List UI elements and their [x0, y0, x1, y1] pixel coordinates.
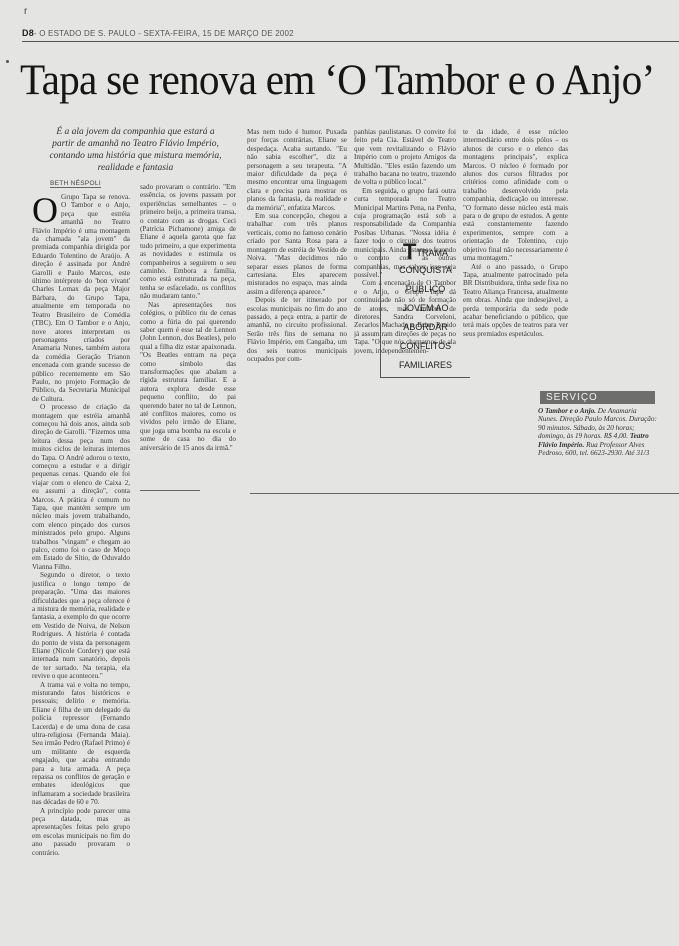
paragraph: te da idade, é esse núcleo intermediário… [463, 128, 568, 263]
drop-cap: O [32, 195, 58, 225]
paragraph: A princípio pode parecer uma peça datada… [32, 807, 130, 857]
article-column-1: OGrupo Tapa se renova. O Tambor e o Anjo… [32, 193, 130, 946]
page-number: D8 [22, 28, 34, 38]
paragraph: A trama vai e volta no tempo, misturando… [32, 681, 130, 807]
paragraph: Nas apresentações nos colégios, o públic… [140, 301, 236, 452]
pull-quote-line: FAMILIARES [381, 356, 470, 375]
deck-subtitle: É a ala jovem da companhia que estará a … [48, 126, 223, 174]
headline: Tapa se renova em ‘O Tambor e o Anjo’ [20, 56, 654, 106]
paragraph: O processo de criação da montagem que es… [32, 403, 130, 571]
paragraph: Mas nem tudo é humor. Puxada por forças … [247, 128, 347, 212]
scan-speck [6, 60, 9, 63]
service-title: O Tambor e o Anjo. [538, 407, 596, 415]
paragraph: Segundo o diretor, o texto justifica o l… [32, 571, 130, 680]
paragraph: OGrupo Tapa se renova. O Tambor e o Anjo… [32, 193, 130, 403]
service-header: SERVIÇO [540, 391, 655, 404]
article-column-2: sado provaram o contrário. "Em essência,… [140, 183, 236, 453]
paragraph: panhias paulistanas. O convite foi feito… [354, 128, 456, 187]
page-folio: D8- O ESTADO DE S. PAULO - SEXTA-FEIRA, … [22, 28, 679, 42]
pull-quote-line: PÚBLICO [381, 280, 470, 299]
folio-text: - O ESTADO DE S. PAULO - SEXTA-FEIRA, 15… [34, 29, 294, 38]
paragraph: Em sua concepção, chegou a trabalhar com… [247, 212, 347, 296]
crop-mark: r [24, 6, 27, 17]
bottom-rule [250, 493, 679, 494]
pull-quote-line: JOVEM AO [381, 299, 470, 318]
pull-quote-line: CONQUISTA [381, 261, 470, 280]
pull-quote-line: TTRAMA [381, 242, 470, 261]
byline: BETH NÉSPOLI [50, 180, 101, 188]
pull-quote-line: CONFLITOS [381, 337, 470, 356]
paragraph: Até o ano passado, o Grupo Tapa, atualme… [463, 263, 568, 339]
column-end-rule [140, 490, 200, 491]
newspaper-page: r D8- O ESTADO DE S. PAULO - SEXTA-FEIRA… [0, 0, 679, 946]
service-info: O Tambor e o Anjo. De Anamaria Nunes. Di… [538, 407, 658, 457]
paragraph: sado provaram o contrário. "Em essência,… [140, 183, 236, 301]
article-column-3: Mas nem tudo é humor. Puxada por forças … [247, 128, 347, 428]
article-column-5: te da idade, é esse núcleo intermediário… [463, 128, 568, 388]
pull-quote-line: ABORDAR [381, 318, 470, 337]
pull-quote-box: TTRAMA CONQUISTA PÚBLICO JOVEM AO ABORDA… [380, 240, 470, 378]
paragraph: Depois de ter itinerado por escolas muni… [247, 296, 347, 363]
